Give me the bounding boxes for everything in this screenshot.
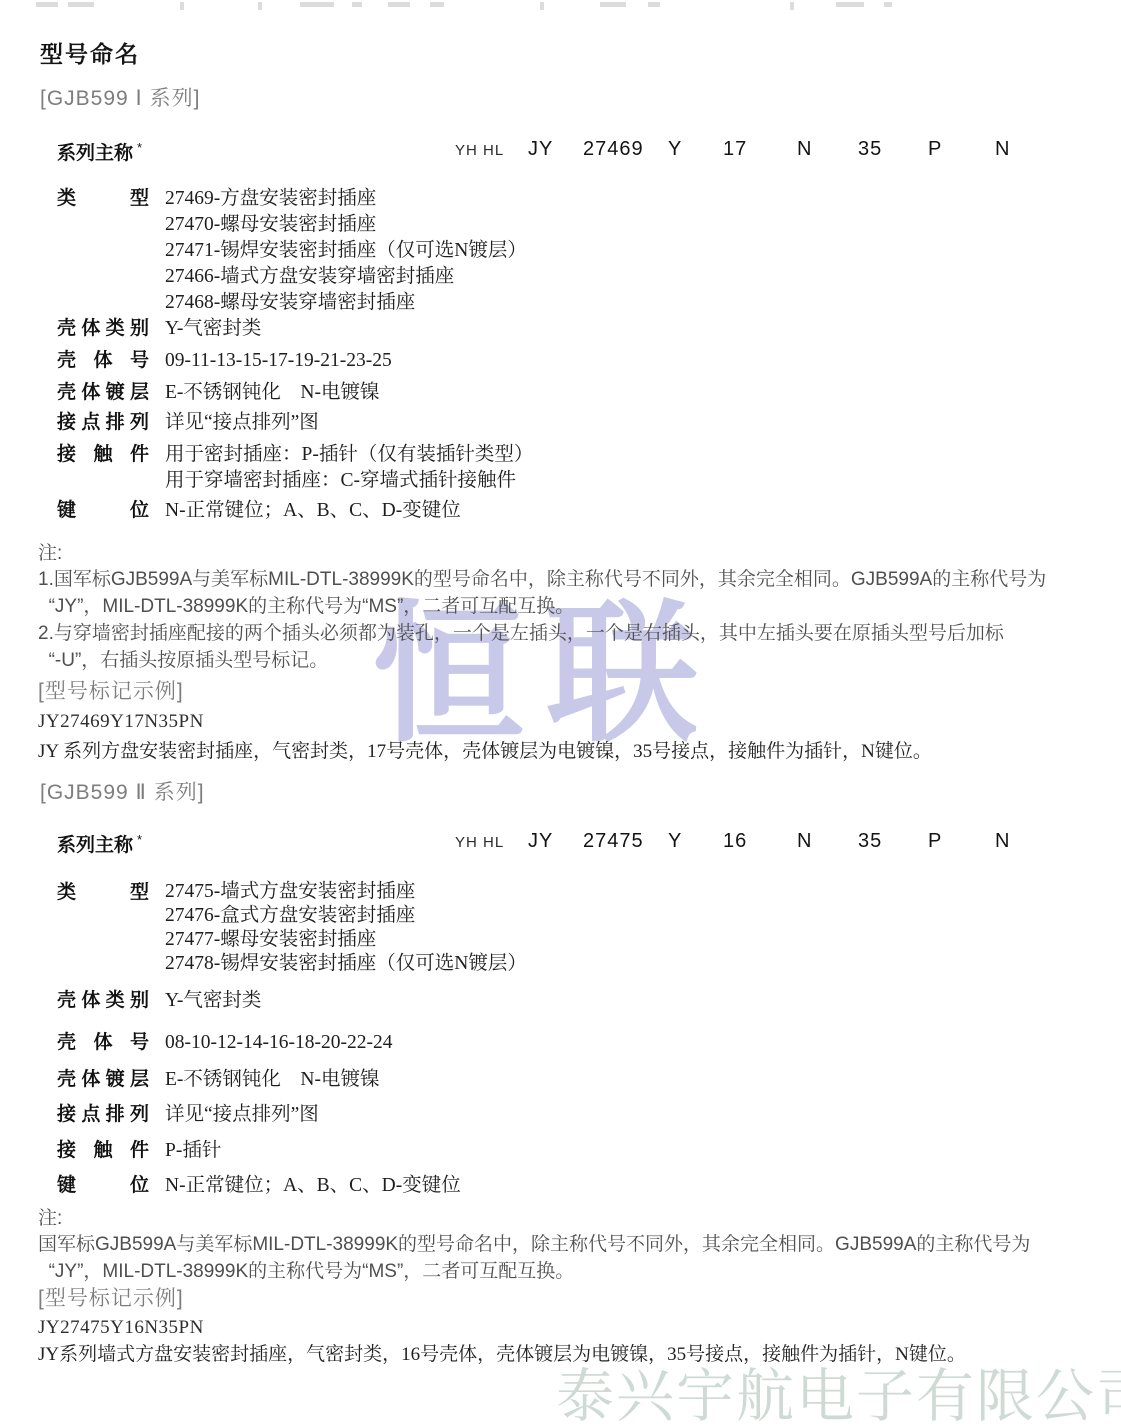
field-value-line: N-正常键位；A、B、C、D-变键位	[165, 1173, 461, 1199]
field-label: 壳体镀层	[57, 380, 149, 406]
scan-artifact	[648, 2, 660, 7]
field-value: N-正常键位；A、B、C、D-变键位	[165, 1173, 461, 1199]
field-value-line: 27471-锡焊安装密封插座（仅可选N镀层）	[165, 238, 527, 264]
field-value-line: Y-气密封类	[165, 988, 261, 1014]
field-value-line: 09-11-13-15-17-19-21-23-25	[165, 348, 392, 374]
field-row-shell-size: 壳体号 09-11-13-15-17-19-21-23-25	[0, 348, 1121, 374]
series1-header: [GJB599 Ⅰ 系列]	[40, 86, 1121, 112]
code-part-plating: N	[797, 830, 812, 853]
series2-example-description: JY系列墙式方盘安装密封插座，气密封类，16号壳体，壳体镀层为电镀镍，35号接点…	[38, 1343, 1121, 1367]
note-line: “-U”，右插头按原插头型号标记。	[38, 647, 1121, 674]
scan-artifact	[790, 2, 794, 10]
watermark-company-name: 泰兴宇航电子有限公司	[556, 1366, 1121, 1424]
series2-header: [GJB599 Ⅱ 系列]	[40, 780, 1121, 806]
field-label: 壳体类别	[57, 316, 149, 342]
field-value-line: 27470-螺母安装密封插座	[165, 212, 527, 238]
scan-artifact	[388, 2, 410, 7]
field-value: Y-气密封类	[165, 316, 261, 342]
page-title: 型号命名	[40, 36, 140, 69]
field-value-line: 27476-盒式方盘安装密封插座	[165, 904, 527, 928]
scan-artifact	[300, 2, 334, 7]
field-label: 类型	[57, 186, 149, 212]
series1-code-row: 系列主称* YH HL JY 27469 Y 17 N 35 P N	[0, 138, 1121, 162]
field-value: 27475-墙式方盘安装密封插座 27476-盒式方盘安装密封插座 27477-…	[165, 880, 527, 976]
scan-artifact	[600, 2, 626, 7]
field-value: E-不锈钢钝化 N-电镀镍	[165, 1067, 379, 1093]
series1-notes: 注: 1.国军标GJB599A与美军标MIL-DTL-38999K的型号命名中，…	[38, 542, 1121, 674]
field-row-plating: 壳体镀层 E-不锈钢钝化 N-电镀镍	[0, 1067, 1121, 1093]
field-row-shell-size: 壳体号 08-10-12-14-16-18-20-22-24	[0, 1030, 1121, 1056]
field-value-line: E-不锈钢钝化 N-电镀镍	[165, 1067, 379, 1093]
series2-section: [GJB599 Ⅱ 系列] 系列主称* YH HL JY 27475 Y 16 …	[0, 780, 1121, 1367]
field-value-line: 27477-螺母安装密封插座	[165, 928, 527, 952]
field-value-line: 27475-墙式方盘安装密封插座	[165, 880, 527, 904]
field-value-line: 27468-螺母安装穿墙密封插座	[165, 290, 527, 316]
note-line: “JY”，MIL-DTL-38999K的主称代号为“MS”，二者可互配互换。	[38, 593, 1121, 620]
field-row-contact: 接触件 用于密封插座：P-插针（仅有装插针类型） 用于穿墙密封插座：C-穿墙式插…	[0, 442, 1121, 494]
code-part-shell-size: 17	[723, 138, 747, 161]
footnote-asterisk: *	[137, 832, 142, 847]
field-value: Y-气密封类	[165, 988, 261, 1014]
field-row-insert-arrangement: 接点排列 详见“接点排列”图	[0, 1102, 1121, 1128]
field-row-key-position: 键位 N-正常键位；A、B、C、D-变键位	[0, 1173, 1121, 1199]
series-main-name-text: 系列主称	[57, 835, 133, 856]
top-edge-artifacts	[0, 0, 1121, 12]
field-value-line: 27466-墙式方盘安装穿墙密封插座	[165, 264, 527, 290]
scan-artifact	[836, 2, 864, 7]
field-value: 详见“接点排列”图	[165, 1102, 319, 1128]
code-part-shell-class: Y	[668, 138, 682, 161]
series2-example-code: JY27475Y16N35PN	[38, 1318, 1121, 1338]
field-row-type: 类型 27475-墙式方盘安装密封插座 27476-盒式方盘安装密封插座 274…	[0, 880, 1121, 976]
field-label: 接触件	[57, 442, 149, 468]
code-prefix-yh-hl: YH HL	[455, 834, 504, 851]
code-part-plating: N	[797, 138, 812, 161]
code-part-type: 27469	[583, 138, 644, 161]
field-label: 接点排列	[57, 410, 149, 436]
field-value-line: 用于密封插座：P-插针（仅有装插针类型）	[165, 442, 533, 468]
code-part-shell-size: 16	[723, 830, 747, 853]
field-row-key-position: 键位 N-正常键位；A、B、C、D-变键位	[0, 498, 1121, 524]
field-row-insert-arrangement: 接点排列 详见“接点排列”图	[0, 410, 1121, 436]
series1-example-code: JY27469Y17N35PN	[38, 712, 1121, 732]
field-value: 08-10-12-14-16-18-20-22-24	[165, 1030, 392, 1056]
field-value: 27469-方盘安装密封插座 27470-螺母安装密封插座 27471-锡焊安装…	[165, 186, 527, 316]
field-label: 壳体号	[57, 348, 149, 374]
field-value-line: N-正常键位；A、B、C、D-变键位	[165, 498, 461, 524]
scan-artifact	[68, 2, 94, 7]
field-label: 壳体镀层	[57, 1067, 149, 1093]
code-part-series: JY	[528, 830, 553, 853]
field-value-line: 27478-锡焊安装密封插座（仅可选N镀层）	[165, 952, 527, 976]
code-part-insert: 35	[858, 138, 882, 161]
field-value-line: 详见“接点排列”图	[165, 1102, 319, 1128]
series1-example-header: [型号标记示例]	[38, 680, 1121, 704]
note-line: 2.与穿墙密封插座配接的两个插头必须都为装孔，一个是左插头，一个是右插头，其中左…	[38, 620, 1121, 647]
document-page: 恒联 泰兴宇航电子有限公司 型号命名 [GJB599 Ⅰ 系列] 系列主称* Y…	[0, 0, 1121, 1424]
field-value: 详见“接点排列”图	[165, 410, 319, 436]
field-row-contact: 接触件 P-插针	[0, 1138, 1121, 1164]
scan-artifact	[36, 2, 58, 7]
code-part-insert: 35	[858, 830, 882, 853]
field-value-line: Y-气密封类	[165, 316, 261, 342]
code-part-key: N	[995, 138, 1010, 161]
field-label: 壳体类别	[57, 988, 149, 1014]
code-part-key: N	[995, 830, 1010, 853]
scan-artifact	[258, 2, 262, 10]
code-part-contact: P	[928, 138, 942, 161]
field-value: N-正常键位；A、B、C、D-变键位	[165, 498, 461, 524]
series2-code-row: 系列主称* YH HL JY 27475 Y 16 N 35 P N	[0, 830, 1121, 854]
field-label: 键位	[57, 1173, 149, 1199]
field-label: 键位	[57, 498, 149, 524]
field-label: 类型	[57, 880, 149, 906]
code-part-contact: P	[928, 830, 942, 853]
field-value-line: 08-10-12-14-16-18-20-22-24	[165, 1030, 392, 1056]
field-value-line: P-插针	[165, 1138, 221, 1164]
field-row-shell-class: 壳体类别 Y-气密封类	[0, 316, 1121, 342]
note-line: “JY”，MIL-DTL-38999K的主称代号为“MS”，二者可互配互换。	[38, 1258, 1121, 1285]
field-label: 壳体号	[57, 1030, 149, 1056]
field-value: 用于密封插座：P-插针（仅有装插针类型） 用于穿墙密封插座：C-穿墙式插针接触件	[165, 442, 533, 494]
field-value-line: E-不锈钢钝化 N-电镀镍	[165, 380, 379, 406]
field-value-line: 详见“接点排列”图	[165, 410, 319, 436]
series2-example-header: [型号标记示例]	[38, 1287, 1121, 1311]
series1-section: [GJB599 Ⅰ 系列] 系列主称* YH HL JY 27469 Y 17 …	[0, 86, 1121, 764]
field-label: 接点排列	[57, 1102, 149, 1128]
series1-example-description: JY 系列方盘安装密封插座，气密封类，17号壳体，壳体镀层为电镀镍，35号接点，…	[38, 740, 1121, 764]
code-part-type: 27475	[583, 830, 644, 853]
code-part-series: JY	[528, 138, 553, 161]
field-value: 09-11-13-15-17-19-21-23-25	[165, 348, 392, 374]
scan-artifact	[180, 2, 184, 10]
series-main-name-label: 系列主称*	[57, 138, 142, 165]
footnote-asterisk: *	[137, 140, 142, 155]
field-value-line: 用于穿墙密封插座：C-穿墙式插针接触件	[165, 468, 533, 494]
field-row-shell-class: 壳体类别 Y-气密封类	[0, 988, 1121, 1014]
scan-artifact	[540, 2, 544, 10]
code-prefix-yh-hl: YH HL	[455, 142, 504, 159]
notes-label: 注:	[38, 542, 1121, 566]
note-line: 国军标GJB599A与美军标MIL-DTL-38999K的型号命名中，除主称代号…	[38, 1231, 1121, 1258]
series2-notes: 注: 国军标GJB599A与美军标MIL-DTL-38999K的型号命名中，除主…	[38, 1207, 1121, 1285]
scan-artifact	[884, 2, 892, 7]
field-label: 接触件	[57, 1138, 149, 1164]
field-value-line: 27469-方盘安装密封插座	[165, 186, 527, 212]
series-main-name-text: 系列主称	[57, 143, 133, 164]
notes-label: 注:	[38, 1207, 1121, 1231]
scan-artifact	[430, 2, 444, 7]
field-row-type: 类型 27469-方盘安装密封插座 27470-螺母安装密封插座 27471-锡…	[0, 186, 1121, 316]
code-part-shell-class: Y	[668, 830, 682, 853]
field-row-plating: 壳体镀层 E-不锈钢钝化 N-电镀镍	[0, 380, 1121, 406]
scan-artifact	[352, 2, 362, 7]
series-main-name-label: 系列主称*	[57, 830, 142, 857]
note-line: 1.国军标GJB599A与美军标MIL-DTL-38999K的型号命名中，除主称…	[38, 566, 1121, 593]
field-value: E-不锈钢钝化 N-电镀镍	[165, 380, 379, 406]
field-value: P-插针	[165, 1138, 221, 1164]
